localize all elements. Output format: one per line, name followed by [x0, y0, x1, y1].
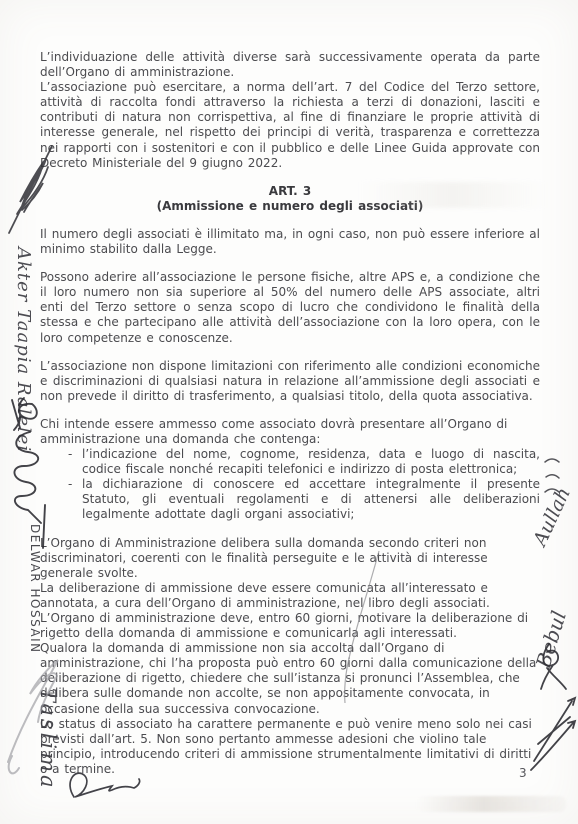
domanda-requisiti-list: - l’indicazione del nome, cognome, resid… — [40, 447, 540, 522]
paragraph-attivita-diverse: L’individuazione delle attività diverse … — [40, 50, 540, 80]
signature-delwar-hossain: DELWAR HOSSAIN — [28, 524, 42, 654]
paragraph-deliberazioni-block: L’Organo di Amministrazione delibera sul… — [40, 536, 540, 778]
domanda-intro: Chi intende essere ammesso come associat… — [40, 417, 540, 447]
paragraph-rigetto: L’Organo di amministrazione deve, entro … — [40, 611, 540, 641]
paragraph-possono-aderire: Possono aderire all’associazione le pers… — [40, 270, 540, 345]
paragraph-comunicazione: La deliberazione di ammissione deve esse… — [40, 581, 540, 611]
list-item-text: la dichiarazione di conoscere ed accetta… — [82, 477, 540, 521]
dash-marker: - — [68, 477, 72, 492]
bleed-through-mark — [416, 796, 566, 812]
paragraph-nessuna-limitazione: L’associazione non dispone limitazioni c… — [40, 359, 540, 404]
scanned-page: L’individuazione delle attività diverse … — [0, 0, 578, 824]
paragraph-delibera: L’Organo di Amministrazione delibera sul… — [40, 536, 540, 581]
bleed-through-smudge — [358, 182, 548, 208]
signature-akter-taapia: Akter Taapia Ralelei — [13, 247, 34, 452]
paragraph-status-associato: Lo status di associato ha carattere perm… — [40, 717, 540, 777]
paragraph-numero-associati: Il numero degli associati è illimitato m… — [40, 227, 540, 257]
list-item-text: l’indicazione del nome, cognome, residen… — [82, 447, 540, 476]
paragraph-assemblea: Qualora la domanda di ammissione non sia… — [40, 641, 540, 716]
signature-taslima: Taslima — [36, 688, 60, 791]
paragraph-domanda-ammissione: Chi intende essere ammesso come associat… — [40, 417, 540, 523]
list-item: - la dichiarazione di conoscere ed accet… — [40, 477, 540, 522]
page-number: 3 — [519, 766, 527, 780]
dash-marker: - — [68, 447, 72, 462]
list-item: - l’indicazione del nome, cognome, resid… — [40, 447, 540, 477]
paragraph-raccolta-fondi: L’associazione può esercitare, a norma d… — [40, 80, 540, 171]
document-body: L’individuazione delle attività diverse … — [40, 50, 540, 790]
